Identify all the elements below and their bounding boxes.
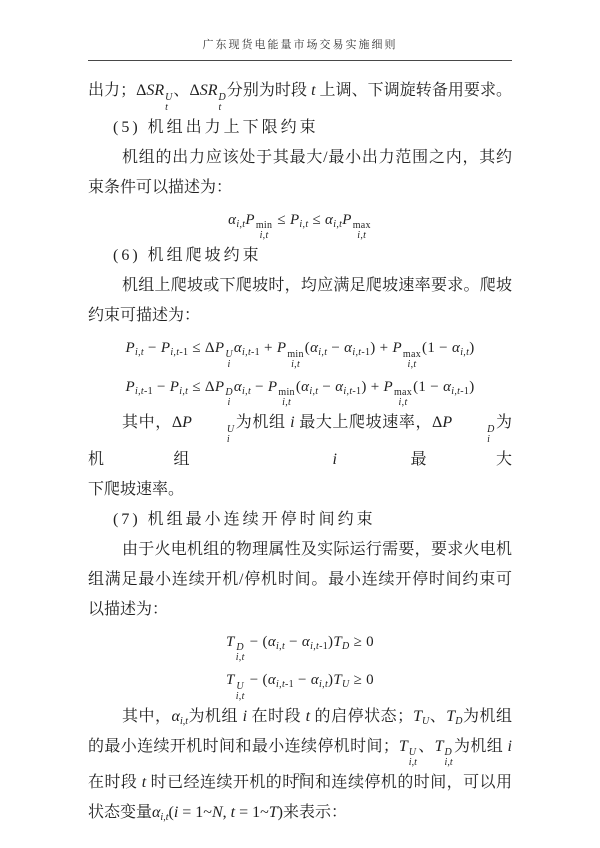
formula-line: αi,tPmini,t ≤ Pi,t ≤ αi,tPmaxi,t	[88, 203, 512, 242]
text-line: 状态变量αi,t(i = 1~N, t = 1~T)来表示：	[88, 798, 512, 828]
header-title: 广东现货电能量市场交易实施细则	[88, 36, 512, 61]
section-heading: (7) 机组最小连续开停时间约束	[88, 505, 512, 535]
formula-line: TDi,t − (αi,t − αi,t-1)TD ≥ 0	[88, 625, 512, 664]
text-line: 约束可描述为：	[88, 301, 512, 331]
page-number: 27	[295, 771, 306, 783]
text-line: 机组的出力应该处于其最大/最小出力范围之内，其约	[88, 143, 512, 173]
text-line: 以描述为：	[88, 595, 512, 625]
section-heading: (6) 机组爬坡约束	[88, 241, 512, 271]
text-line: 组满足最小连续开机/停机时间。最小连续开停时间约束可	[88, 565, 512, 595]
formula-line: TUi,t − (αi,t-1 − αi,t)TU ≥ 0	[88, 663, 512, 702]
text-line: 其中，ΔPUi为机组 i 最大上爬坡速率，ΔPDi为机组 i 最大	[88, 408, 512, 475]
text-line: 由于火电机组的物理属性及实际运行需要，要求火电机	[88, 535, 512, 565]
text-line: 出力；ΔSRUt、ΔSRDt分别为时段 t 上调、下调旋转备用要求。	[88, 76, 512, 113]
section-heading: (5) 机组出力上下限约束	[88, 113, 512, 143]
text-line: 其中，αi,t为机组 i 在时段 t 的启停状态；TU、TD为机组	[88, 702, 512, 732]
text-line: 机组上爬坡或下爬坡时，均应满足爬坡速率要求。爬坡	[88, 271, 512, 301]
page-body: 出力；ΔSRUt、ΔSRDt分别为时段 t 上调、下调旋转备用要求。(5) 机组…	[88, 76, 512, 828]
document-page: 广东现货电能量市场交易实施细则 出力；ΔSRUt、ΔSRDt分别为时段 t 上调…	[0, 0, 600, 848]
text-line: 下爬坡速率。	[88, 475, 512, 505]
text-line: 的最小连续开机时间和最小连续停机时间；TUi,t、TDi,t为机组 i	[88, 732, 512, 769]
formula-line: Pi,t-1 − Pi,t ≤ ΔPDiαi,t − Pmini,t(αi,t …	[88, 370, 512, 409]
page-header: 广东现货电能量市场交易实施细则	[88, 36, 512, 61]
formula-line: Pi,t − Pi,t-1 ≤ ΔPUiαi,t-1 + Pmini,t(αi,…	[88, 331, 512, 370]
page-footer: 27	[0, 770, 600, 784]
text-line: 束条件可以描述为：	[88, 173, 512, 203]
